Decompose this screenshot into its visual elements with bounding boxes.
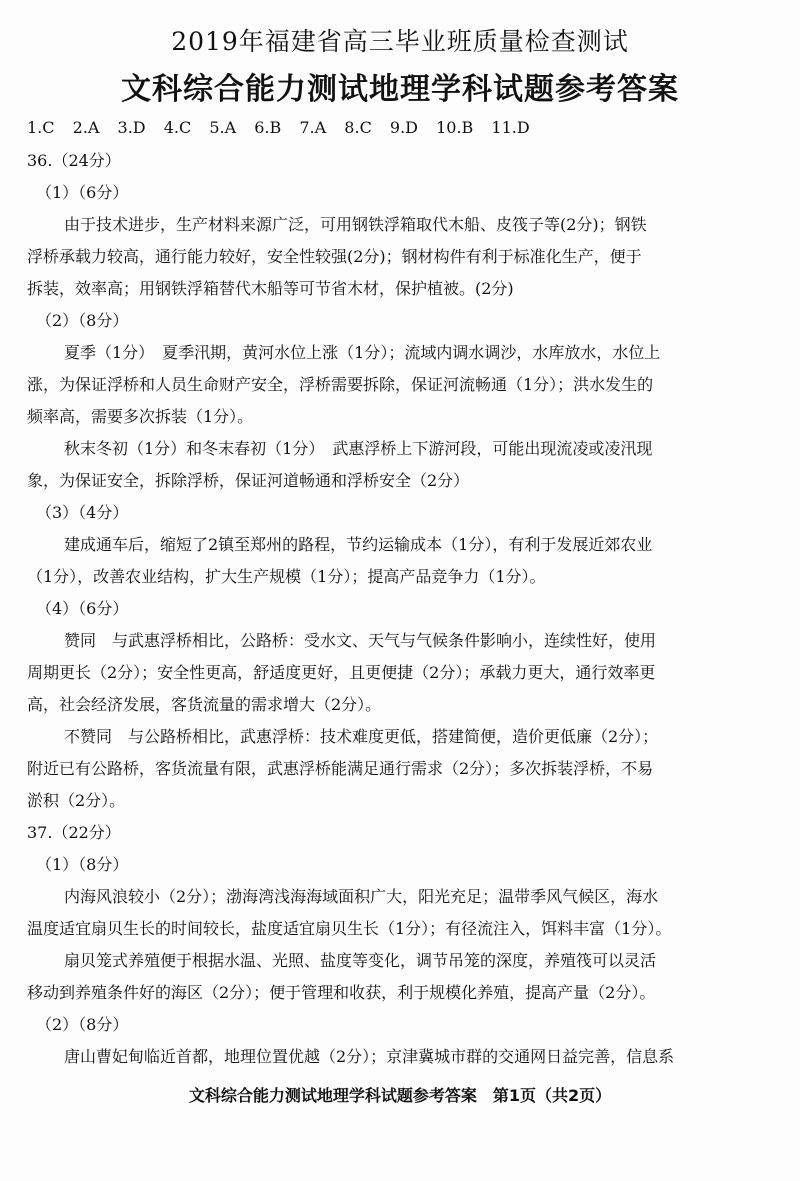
paragraph-line: 内海风浪较小（2分）；渤海湾浅海海域面积广大，阳光充足；温带季风气候区，海水 — [64, 884, 658, 907]
answer-10: 10.B — [436, 118, 473, 137]
answer-1: 1.C — [27, 118, 55, 137]
q36-1-heading: （1）（6分） — [36, 180, 128, 203]
document-page: 2019年福建省高三毕业班质量检查测试 文科综合能力测试地理学科试题参考答案 1… — [0, 0, 800, 1181]
answer-4: 4.C — [164, 118, 192, 137]
paragraph-line: （1分），改善农业结构，扩大生产规模（1分）；提高产品竞争力（1分）。 — [27, 564, 546, 587]
paragraph-line: 唐山曹妃甸临近首都，地理位置优越（2分）；京津冀城市群的交通网日益完善，信息系 — [64, 1044, 674, 1067]
paragraph-line: 频率高，需要多次拆装（1分）。 — [27, 404, 253, 427]
q36-2-heading: （2）（8分） — [36, 308, 128, 331]
answer-8: 8.C — [344, 118, 372, 137]
q36-3-heading: （3）（4分） — [36, 500, 128, 523]
paragraph-line: 移动到养殖条件好的海区（2分）；便于管理和收获，利于规模化养殖，提高产量（2分）… — [27, 980, 655, 1003]
q37-heading: 37.（22分） — [27, 820, 121, 843]
paragraph-line: 浮桥承载力较高，通行能力较好，安全性较强(2分)；钢材构件有利于标准化生产，便于 — [27, 244, 642, 267]
paragraph-line: 象，为保证安全，拆除浮桥，保证河道畅通和浮桥安全（2分） — [27, 468, 469, 491]
q36-4-heading: （4）（6分） — [36, 596, 128, 619]
answer-7: 7.A — [299, 118, 326, 137]
paragraph-line: 高，社会经济发展，客货流量的需求增大（2分）。 — [27, 692, 381, 715]
answer-11: 11.D — [491, 118, 529, 137]
paragraph-line: 夏季（1分） 夏季汛期，黄河水位上涨（1分）；流域内调水调沙，水库放水，水位上 — [64, 340, 660, 363]
q37-1-heading: （1）（8分） — [36, 852, 128, 875]
q37-2-heading: （2）（8分） — [36, 1012, 128, 1035]
paragraph-line: 温度适宜扇贝生长的时间较长，盐度适宜扇贝生长（1分）；有径流注入，饵料丰富（1分… — [27, 916, 671, 939]
paragraph-line: 拆装，效率高；用钢铁浮箱替代木船等可节省木材，保护植被。(2分) — [27, 276, 514, 299]
document-title-line1: 2019年福建省高三毕业班质量检查测试 — [0, 22, 800, 58]
paragraph-line: 涨，为保证浮桥和人员生命财产安全，浮桥需要拆除，保证河流畅通（1分）；洪水发生的 — [27, 372, 653, 395]
choice-answers: 1.C 2.A 3.D 4.C 5.A 6.B 7.A 8.C 9.D 10.B… — [27, 118, 543, 137]
paragraph-line: 扇贝笼式养殖便于根据水温、光照、盐度等变化，调节吊笼的深度，养殖筏可以灵活 — [64, 948, 656, 971]
paragraph-line: 由于技术进步，生产材料来源广泛，可用钢铁浮箱取代木船、皮筏子等(2分)；钢铁 — [64, 212, 647, 235]
q36-heading: 36.（24分） — [27, 148, 121, 171]
paragraph-line: 不赞同 与公路桥相比，武惠浮桥：技术难度更低，搭建简便，造价更低廉（2分）； — [64, 724, 658, 747]
paragraph-line: 赞同 与武惠浮桥相比，公路桥：受水文、天气与气候条件影响小，连续性好，使用 — [64, 628, 656, 651]
paragraph-line: 附近已有公路桥，客货流量有限，武惠浮桥能满足通行需求（2分）；多次拆装浮桥，不易 — [27, 756, 653, 779]
answer-6: 6.B — [254, 118, 281, 137]
answer-2: 2.A — [73, 118, 100, 137]
paragraph-line: 秋末冬初（1分）和冬末春初（1分） 武惠浮桥上下游河段，可能出现流凌或凌汛现 — [64, 436, 652, 459]
document-title-line2: 文科综合能力测试地理学科试题参考答案 — [0, 64, 800, 108]
paragraph-line: 周期更长（2分）；安全性更高，舒适度更好，且更便捷（2分）；承载力更大，通行效率… — [27, 660, 655, 683]
paragraph-line: 淤积（2分）。 — [27, 788, 125, 811]
page-footer: 文科综合能力测试地理学科试题参考答案 第1页（共2页） — [0, 1083, 800, 1106]
answer-3: 3.D — [118, 118, 146, 137]
paragraph-line: 建成通车后，缩短了2镇至郑州的路程，节约运输成本（1分），有利于发展近郊农业 — [64, 532, 652, 555]
answer-9: 9.D — [390, 118, 418, 137]
answer-5: 5.A — [209, 118, 236, 137]
